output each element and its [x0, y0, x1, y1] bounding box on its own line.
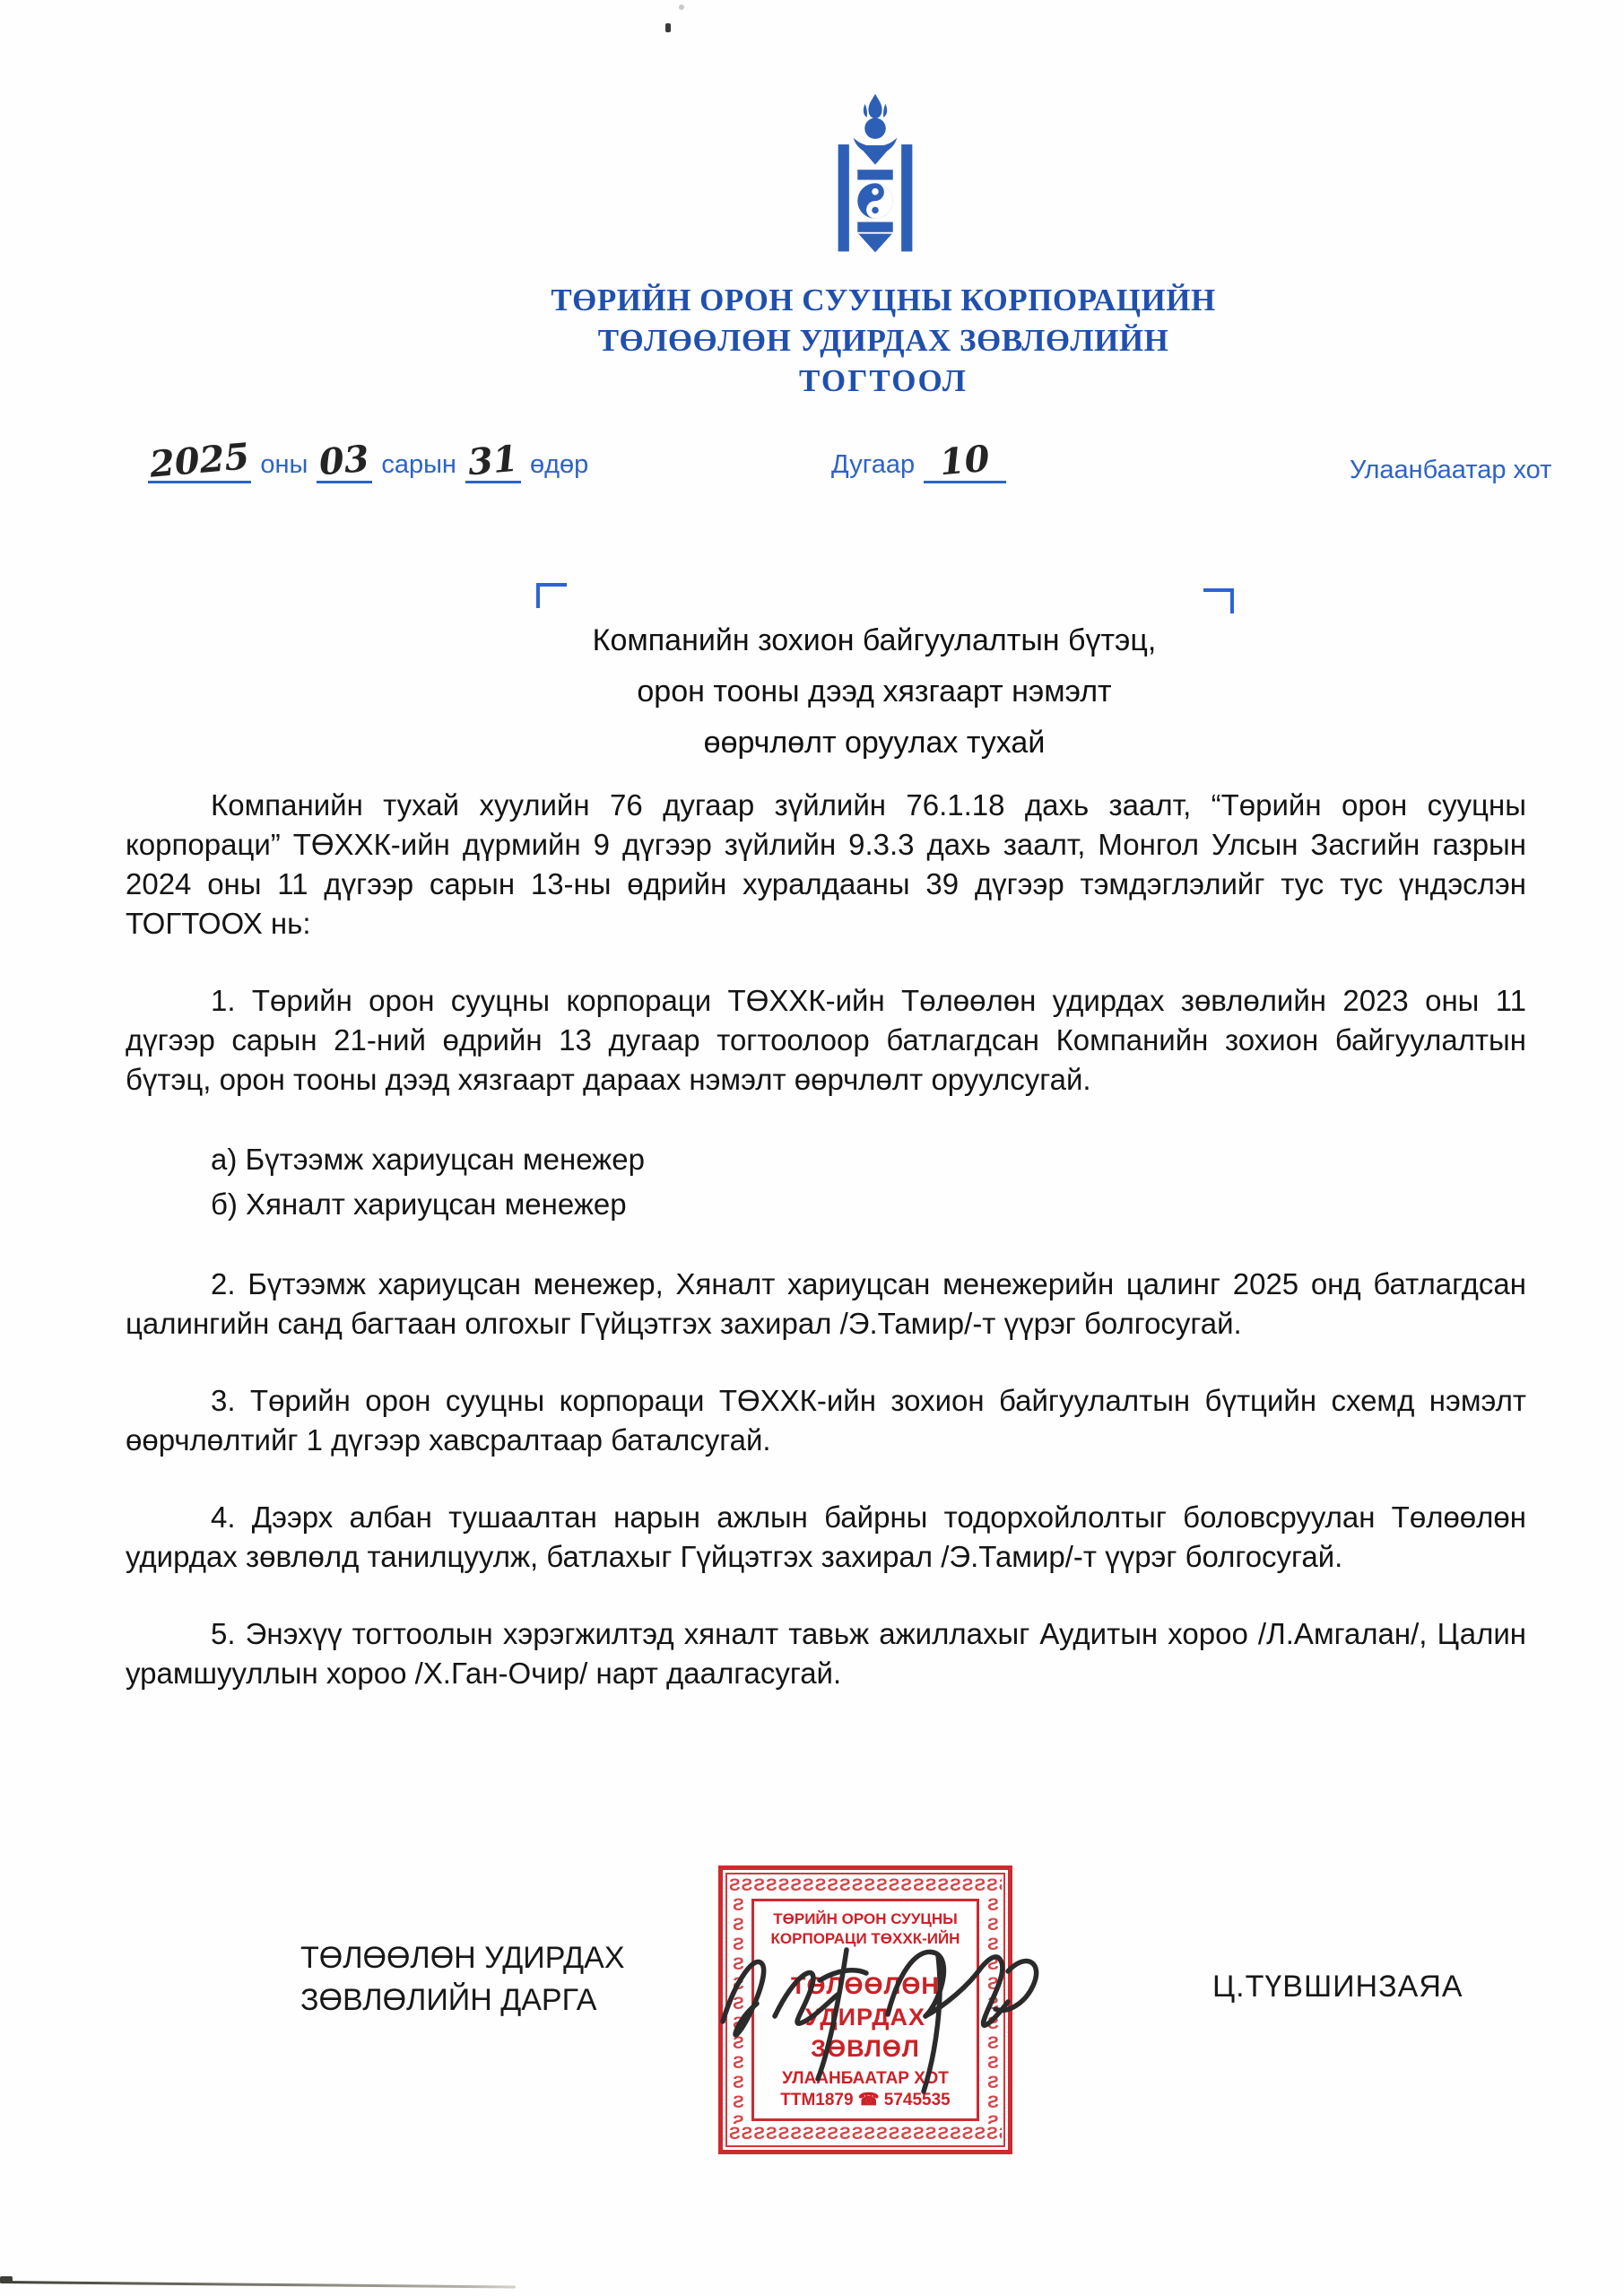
clause-3-paragraph: 3. Төрийн орон сууцны корпораци ТӨХХК-ий…: [126, 1381, 1526, 1460]
date-number-line: 2025оны03сарын31өдөр Дугаар10 Улаанбаата…: [0, 436, 1624, 499]
phone-icon: ☎: [858, 2091, 880, 2109]
year-blank: 2025: [148, 443, 251, 483]
stamp-phone-number: 5745535: [884, 2091, 951, 2109]
handwritten-year: 2025: [146, 439, 253, 485]
handwritten-day: 31: [465, 440, 521, 483]
stamp-board-line3: ЗӨВЛӨЛ: [791, 2033, 940, 2065]
stamp-meander-border-left: ƧƧƧƧƧƧƧƧƧƧƧƧƧƧƧƧƧƧƧƧƧƧ: [727, 1896, 749, 2124]
stamp-board-line1: ТӨЛӨӨЛӨН: [791, 1970, 940, 2002]
stamp-footer: УЛААНБААТАР ХОТ ТТМ1879 ☎ 5745535: [780, 2068, 951, 2111]
stamp-board-name: ТӨЛӨӨЛӨН УДИРДАХ ЗӨВЛӨЛ: [791, 1970, 940, 2065]
month-label: сарын: [381, 450, 456, 479]
stamp-org-name: ТӨРИЙН ОРОН СУУЦНЫ КОРПОРАЦИ ТӨХХК-ИЙН: [771, 1909, 960, 1949]
subject-line1: Компанийн зохион байгуулалтын бүтэц,: [421, 615, 1327, 666]
clause-2-paragraph: 2. Бүтээмж хариуцсан менежер, Хяналт хар…: [126, 1265, 1526, 1344]
list-item-b: б) Хяналт хариуцсан менежер: [211, 1182, 1526, 1227]
handwritten-number: 10: [937, 440, 994, 483]
month-blank: 03: [317, 443, 372, 483]
number-field: Дугаар10: [831, 443, 1006, 483]
subject-line3: өөрчлөлт оруулах тухай: [421, 717, 1327, 769]
official-stamp: ƧƧƧƧƧƧƧƧƧƧƧƧƧƧƧƧƧƧƧƧƧƧƧƧƧƧƧƧ ƧƧƧƧƧƧƧƧƧƧƧ…: [718, 1865, 1012, 2154]
list-item-a: а) Бүтээмж хариуцсан менежер: [211, 1137, 1526, 1182]
stamp-city: УЛААНБААТАР ХОТ: [780, 2068, 951, 2090]
number-label: Дугаар: [831, 450, 915, 479]
corner-bracket-left: [536, 583, 567, 608]
handwritten-month: 03: [317, 440, 373, 483]
stamp-reg-line: ТТМ1879 ☎ 5745535: [780, 2090, 951, 2111]
subject-line2: орон тооны дээд хязгаарт нэмэлт: [421, 666, 1327, 717]
stamp-frame: ƧƧƧƧƧƧƧƧƧƧƧƧƧƧƧƧƧƧƧƧƧƧƧƧƧƧƧƧ ƧƧƧƧƧƧƧƧƧƧƧ…: [725, 1873, 1005, 2147]
date-fields: 2025оны03сарын31өдөр: [148, 443, 597, 483]
stamp-meander-border-top: ƧƧƧƧƧƧƧƧƧƧƧƧƧƧƧƧƧƧƧƧƧƧƧƧƧƧƧƧ: [729, 1874, 1002, 1896]
clause-4-paragraph: 4. Дээрх албан тушаалтан нарын ажлын бай…: [126, 1498, 1526, 1577]
preamble-paragraph: Компанийн тухай хуулийн 76 дугаар зүйлий…: [126, 786, 1526, 944]
scan-speck-dark: [665, 23, 671, 32]
clause-1-paragraph: 1. Төрийн орон сууцны корпораци ТӨХХК-ий…: [126, 981, 1526, 1100]
stamp-org-line2: КОРПОРАЦИ ТӨХХК-ИЙН: [771, 1929, 960, 1949]
resolution-body: Компанийн тухай хуулийн 76 дугаар зүйлий…: [126, 786, 1526, 1731]
scan-edge-line: [0, 2281, 516, 2289]
clause-5-paragraph: 5. Энэхүү тогтоолын хэрэгжилтэд хяналт т…: [126, 1614, 1526, 1693]
soyombo-emblem-icon: [833, 87, 917, 259]
letterhead-title: ТӨРИЙН ОРОН СУУЦНЫ КОРПОРАЦИЙН ТӨЛӨӨЛӨН …: [296, 280, 1471, 401]
appended-positions-list: а) Бүтээмж хариуцсан менежер б) Хяналт х…: [211, 1137, 1526, 1227]
signatory-name: Ц.ТҮВШИНЗАЯА: [1212, 1970, 1463, 2005]
document-type-title: ТОГТООЛ: [296, 361, 1471, 401]
stamp-inner-panel: ТӨРИЙН ОРОН СУУЦНЫ КОРПОРАЦИ ТӨХХК-ИЙН Т…: [751, 1899, 979, 2121]
signatory-title: ТӨЛӨӨЛӨН УДИРДАХ ЗӨВЛӨЛИЙН ДАРГА: [300, 1937, 625, 2022]
org-name-line2: ТӨЛӨӨЛӨН УДИРДАХ ЗӨВЛӨЛИЙН: [296, 320, 1471, 361]
city-label: Улаанбаатар хот: [1350, 456, 1551, 485]
stamp-meander-border-right: ƧƧƧƧƧƧƧƧƧƧƧƧƧƧƧƧƧƧƧƧƧƧ: [982, 1896, 1003, 2124]
subject-title: Компанийн зохион байгуулалтын бүтэц, оро…: [421, 615, 1327, 769]
year-label: оны: [260, 450, 308, 479]
signatory-title-line2: ЗӨВЛӨЛИЙН ДАРГА: [300, 1979, 625, 2022]
org-name-line1: ТӨРИЙН ОРОН СУУЦНЫ КОРПОРАЦИЙН: [296, 280, 1471, 320]
corner-bracket-right: [1203, 588, 1234, 613]
signatory-title-line1: ТӨЛӨӨЛӨН УДИРДАХ: [300, 1937, 625, 1979]
stamp-reg-code: ТТМ1879: [780, 2091, 853, 2109]
stamp-meander-border-bottom: ƧƧƧƧƧƧƧƧƧƧƧƧƧƧƧƧƧƧƧƧƧƧƧƧƧƧƧƧ: [729, 2124, 1002, 2145]
number-blank: 10: [924, 443, 1006, 483]
day-blank: 31: [465, 443, 521, 483]
scan-speck-light: [679, 4, 684, 10]
scanned-resolution-document: ТӨРИЙН ОРОН СУУЦНЫ КОРПОРАЦИЙН ТӨЛӨӨЛӨН …: [0, 0, 1624, 2296]
day-label: өдөр: [530, 450, 588, 479]
stamp-board-line2: УДИРДАХ: [791, 2002, 940, 2033]
stamp-org-line1: ТӨРИЙН ОРОН СУУЦНЫ: [771, 1909, 960, 1929]
